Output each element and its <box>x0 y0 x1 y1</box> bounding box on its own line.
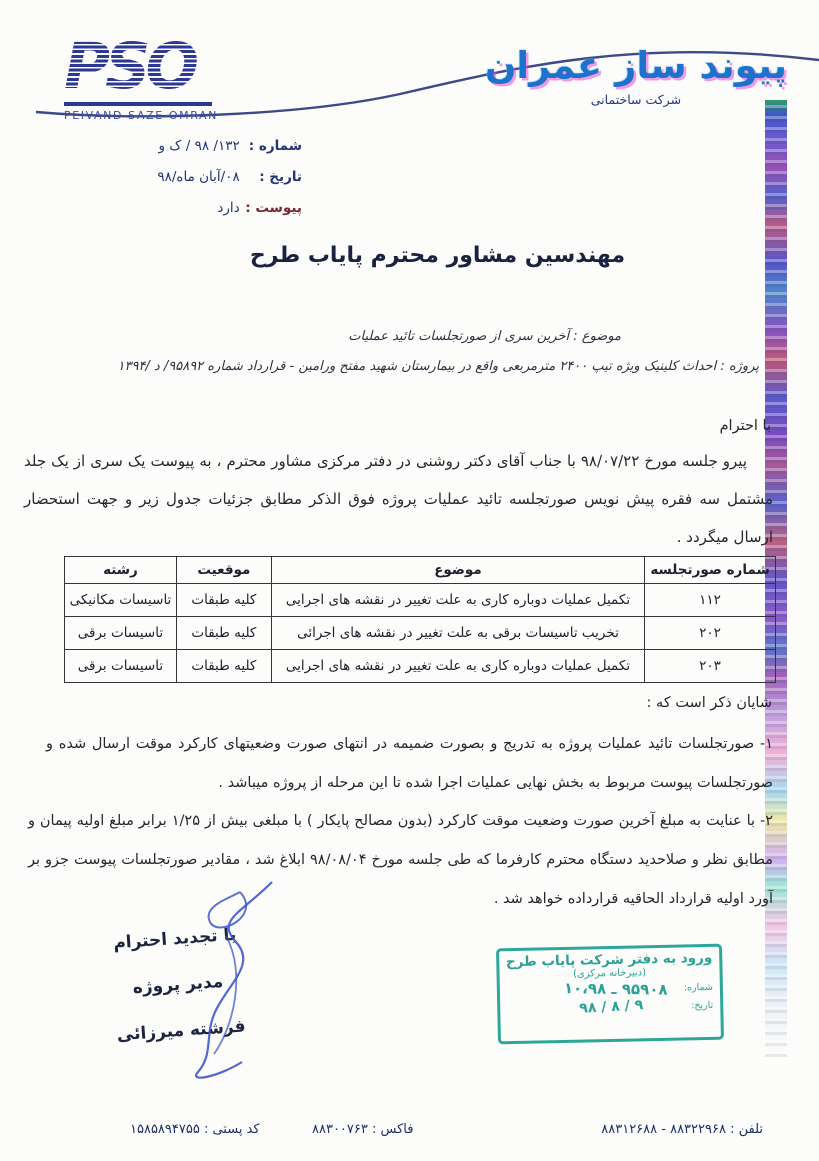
table-cell: تکمیل عملیات دوباره کاری به علت تغییر در… <box>271 650 644 683</box>
entry-stamp: ورود به دفتر شرکت پایاب طرح (دبیرخانه مر… <box>496 944 724 1045</box>
reference-number-label: شماره : <box>244 131 302 162</box>
table-cell: تاسیسات برقی <box>65 650 177 683</box>
table-cell: کلیه طبقات <box>176 617 271 650</box>
header-discipline: رشته <box>65 557 177 584</box>
reference-attachment-row: پیوست : دارد <box>157 193 302 224</box>
salutation: با احترام <box>720 418 771 434</box>
subject-line: موضوع : آخرین سری از صورتجلسات تائید عمل… <box>348 329 621 344</box>
stamp-number-label: شماره: <box>684 981 713 993</box>
stamp-number-value: ۹۵۹۰۸ ـ ۱۰،۹۸ <box>564 979 668 998</box>
signature-scrawl <box>122 876 312 1086</box>
reference-block: شماره : ۱۳۲/ ۹۸ / ک و تاریخ : ۰۸/آبان ما… <box>157 131 302 224</box>
minutes-table: شماره صورتجلسه موضوع موقعیت رشته ۱۱۲ تکم… <box>64 556 776 683</box>
reference-attachment-value: دارد <box>217 200 239 216</box>
letter-page: PSO PEIVAND SAZE OMRAN پیوند ساز عمران ش… <box>0 0 819 1161</box>
footer-fax: فاکس : ۸۸۳۰۰۷۶۳ <box>312 1122 413 1137</box>
table-cell: ۲۰۳ <box>645 650 776 683</box>
reference-date-row: تاریخ : ۰۸/آبان ماه/۹۸ <box>157 162 302 193</box>
table-cell: تاسیسات برقی <box>65 617 177 650</box>
brand-name-calligraphy: پیوند ساز عمران <box>485 44 787 87</box>
table-row: ۲۰۲ تخریب تاسیسات برقی به علت تغییر در ن… <box>65 617 776 650</box>
reference-number-row: شماره : ۱۳۲/ ۹۸ / ک و <box>157 131 302 162</box>
logo-acronym: PSO <box>64 36 220 98</box>
letter-title: مهندسین مشاور محترم پایاب طرح <box>28 243 819 268</box>
brand-block: پیوند ساز عمران شرکت ساختمانی <box>485 44 787 107</box>
stamp-date-value: ۹ / ۸ / ۹۸ <box>579 997 644 1017</box>
stamp-date-label: تاریخ: <box>691 999 713 1010</box>
note-item-1: ۱- صورتجلسات تائید عملیات پروژه به تدریج… <box>46 725 773 803</box>
footer-postal-code: کد پستی : ۱۵۸۵۸۹۴۷۵۵ <box>130 1122 260 1137</box>
brand-subtitle: شرکت ساختمانی <box>485 92 787 107</box>
company-logo: PSO PEIVAND SAZE OMRAN <box>64 36 220 136</box>
table-cell: ۱۱۲ <box>645 584 776 617</box>
body-paragraph: پیرو جلسه مورخ ۹۸/۰۷/۲۲ با جناب آقای دکت… <box>24 442 773 556</box>
table-cell: کلیه طبقات <box>176 584 271 617</box>
note-intro: شایان ذکر است که : <box>647 695 772 711</box>
header-location: موقعیت <box>176 557 271 584</box>
table-header-row: شماره صورتجلسه موضوع موقعیت رشته <box>65 557 776 584</box>
footer-phone: تلفن : ۸۸۳۲۲۹۶۸ - ۸۸۳۱۲۶۸۸ <box>601 1122 763 1137</box>
reference-attachment-label: پیوست : <box>244 193 302 224</box>
table-cell: ۲۰۲ <box>645 617 776 650</box>
table-cell: کلیه طبقات <box>176 650 271 683</box>
table-row: ۱۱۲ تکمیل عملیات دوباره کاری به علت تغیی… <box>65 584 776 617</box>
table-row: ۲۰۳ تکمیل عملیات دوباره کاری به علت تغیی… <box>65 650 776 683</box>
table-cell: تاسیسات مکانیکی <box>65 584 177 617</box>
reference-date-value: ۰۸/آبان ماه/۹۸ <box>157 169 239 185</box>
table-cell: تخریب تاسیسات برقی به علت تغییر در نقشه … <box>271 617 644 650</box>
reference-number-value: ۱۳۲/ ۹۸ / ک و <box>159 138 240 154</box>
table-cell: تکمیل عملیات دوباره کاری به علت تغییر در… <box>271 584 644 617</box>
header-minutes-number: شماره صورتجلسه <box>645 557 776 584</box>
header-subject: موضوع <box>271 557 644 584</box>
logo-underline <box>64 102 212 106</box>
stamp-date-row: تاریخ: ۹ / ۸ / ۹۸ <box>507 997 713 1017</box>
project-line: پروژه : احداث کلینیک ویژه تیپ ۲۴۰۰ مترمر… <box>117 359 759 374</box>
logo-latin-name: PEIVAND SAZE OMRAN <box>64 109 218 122</box>
reference-date-label: تاریخ : <box>244 162 302 193</box>
